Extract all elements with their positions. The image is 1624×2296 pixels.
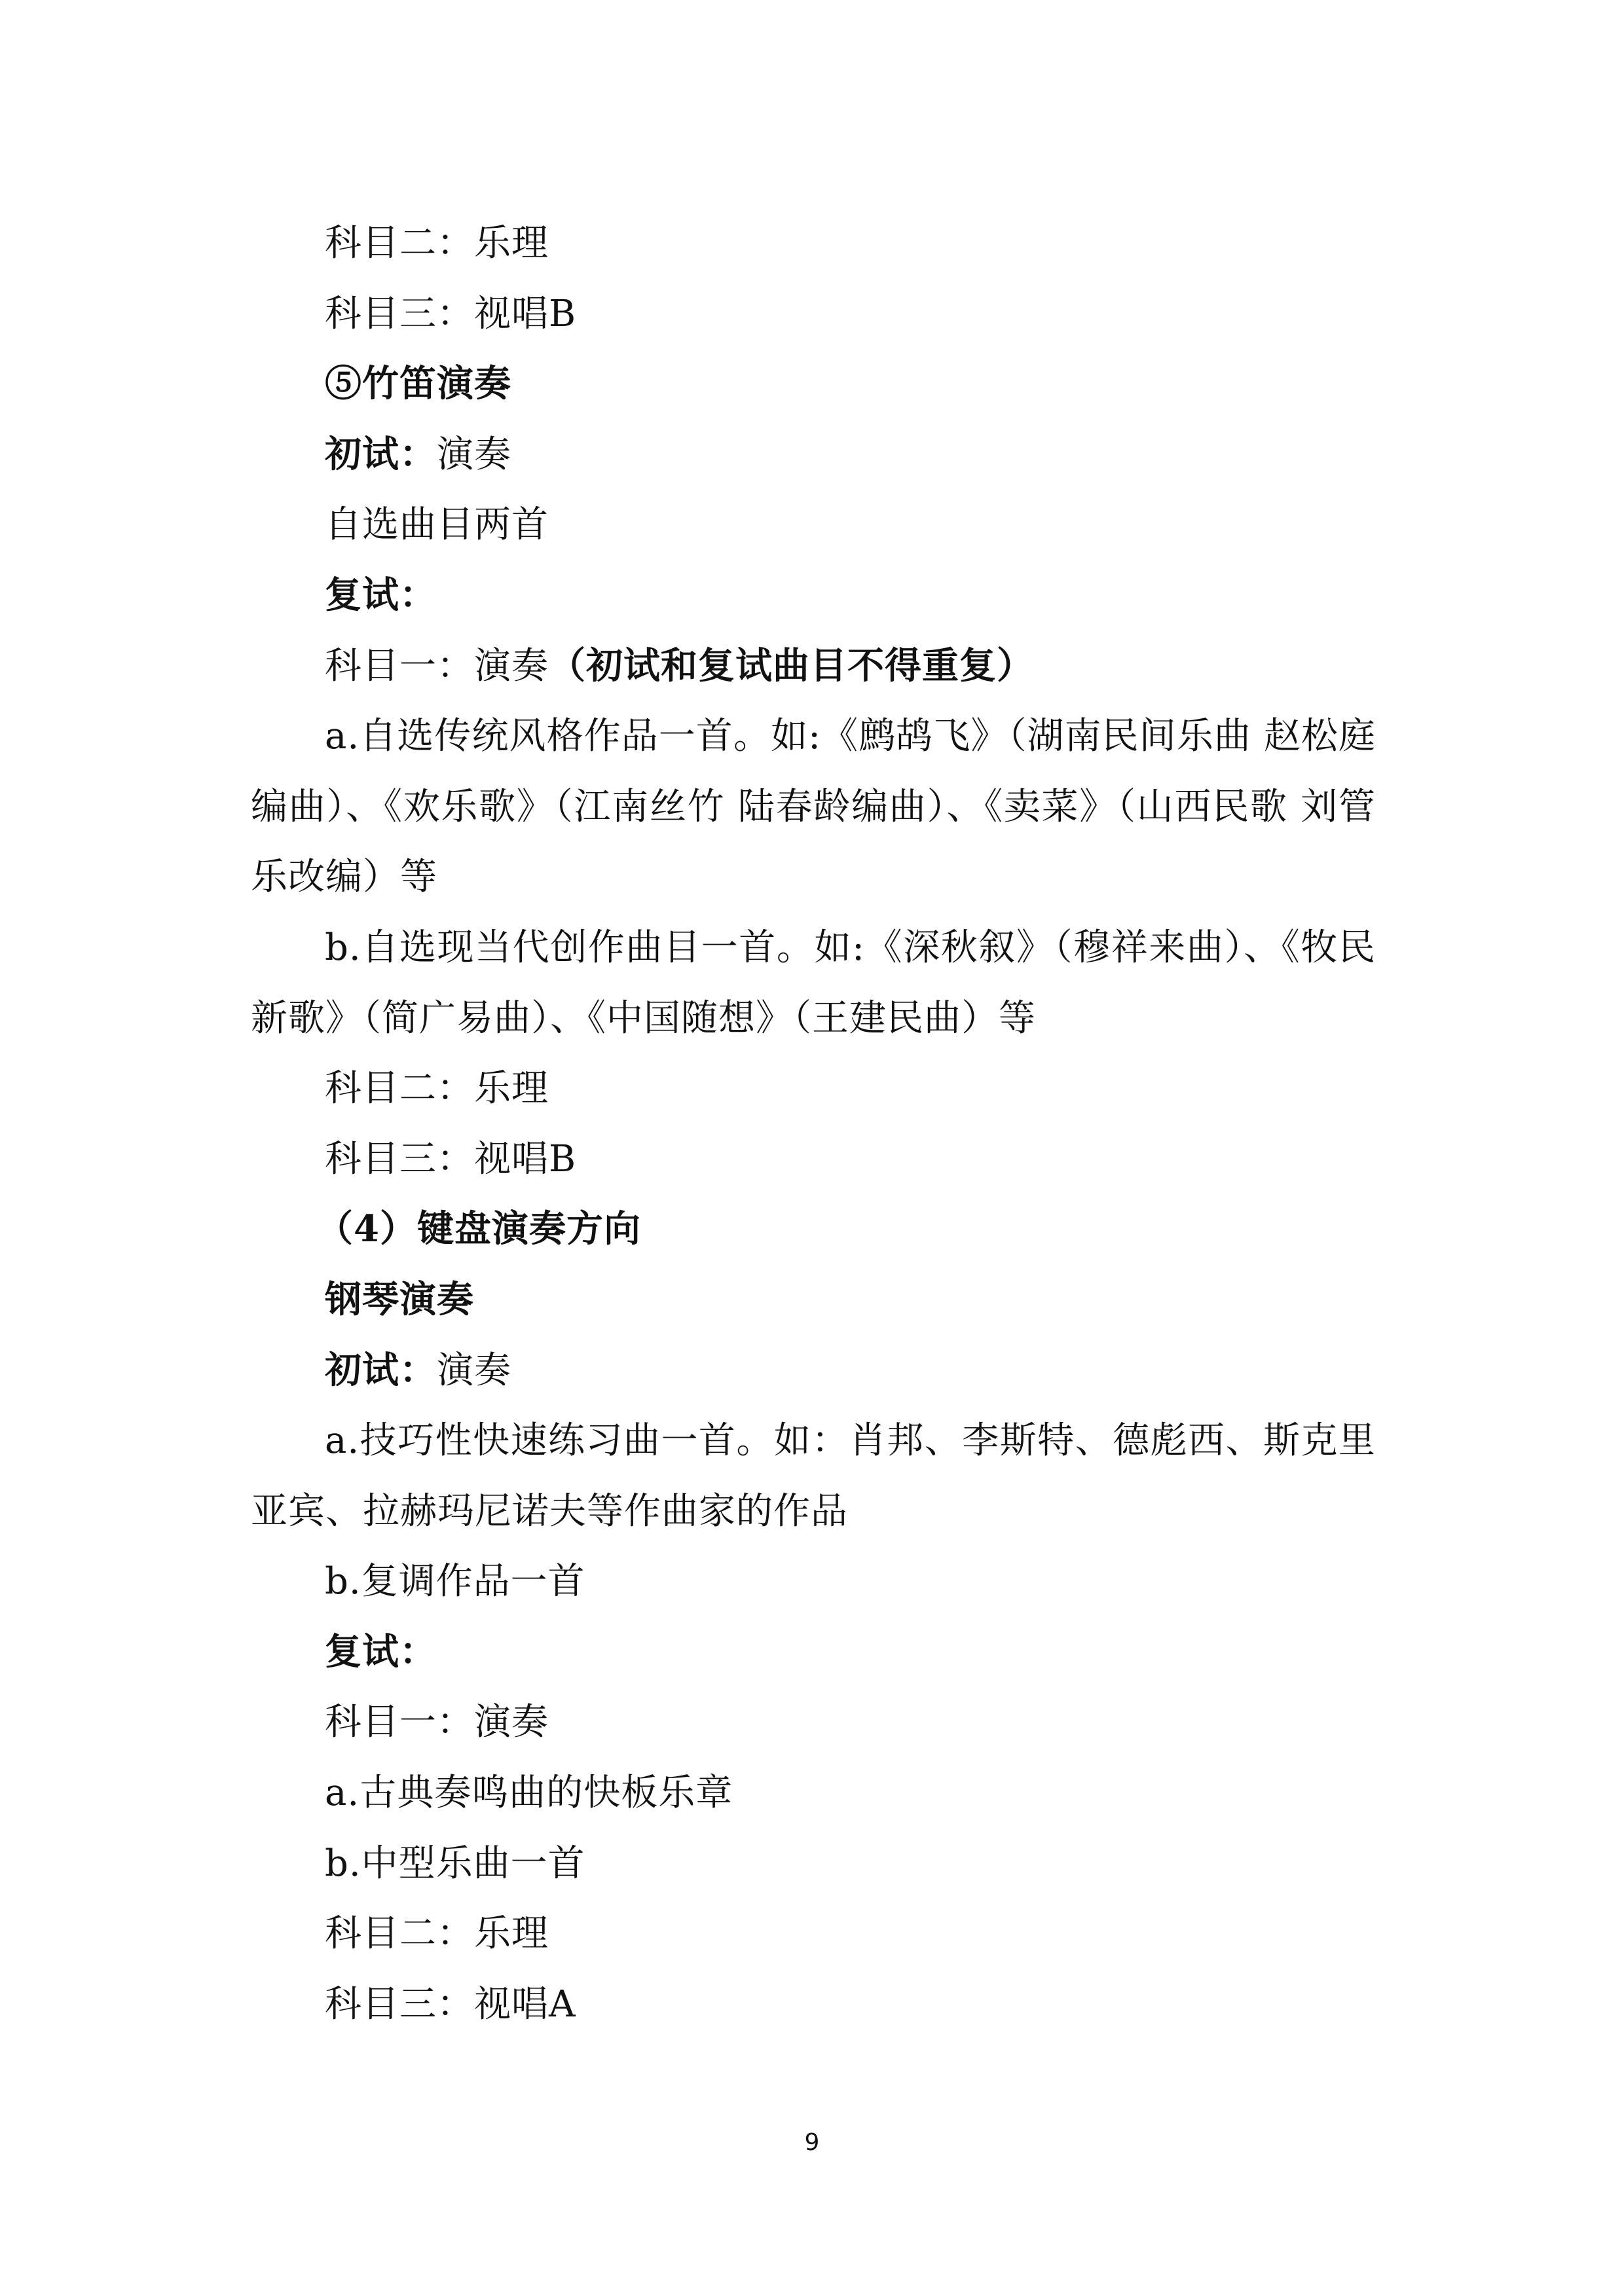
- polyphonic-requirement: b.复调作品一首: [251, 1546, 1376, 1617]
- section-heading-bamboo-flute: ⑤竹笛演奏: [251, 349, 1376, 420]
- page-number: 9: [0, 2129, 1624, 2156]
- piano-preliminary-exam-label: 初试：: [325, 1349, 437, 1392]
- subject-three-sight-singing-b-2: 科目三：视唱B: [251, 1124, 1376, 1195]
- contemporary-work-requirement: b.自选现当代创作曲目一首。如:《深秋叙》（穆祥来曲）、《牧民新歌》（简广易曲）…: [251, 913, 1376, 1053]
- subject-one-performance: 科目一：演奏: [325, 645, 549, 687]
- medium-piece-requirement: b.中型乐曲一首: [251, 1829, 1376, 1899]
- subject-two-music-theory-2: 科目二：乐理: [251, 1053, 1376, 1124]
- piano-subject-three-sight-singing-a: 科目三：视唱A: [251, 1969, 1376, 2040]
- preliminary-exam-value: 演奏: [437, 433, 511, 476]
- subject-two-music-theory: 科目二：乐理: [251, 208, 1376, 279]
- piano-retest-heading: 复试：: [251, 1617, 1376, 1688]
- document-body: 科目二：乐理 科目三：视唱B ⑤竹笛演奏 初试：演奏 自选曲目两首 复试： 科目…: [251, 208, 1376, 2039]
- etude-requirement: a.技巧性快速练习曲一首。如：肖邦、李斯特、德彪西、斯克里亚宾、拉赫玛尼诺夫等作…: [251, 1406, 1376, 1546]
- sonata-movement-requirement: a.古典奏鸣曲的快板乐章: [251, 1758, 1376, 1829]
- piano-subject-two-music-theory: 科目二：乐理: [251, 1899, 1376, 1969]
- two-self-selected-pieces: 自选曲目两首: [251, 490, 1376, 560]
- section-heading-keyboard: （4）键盘演奏方向: [251, 1194, 1376, 1265]
- retest-heading: 复试：: [251, 560, 1376, 631]
- piano-preliminary-exam-line: 初试：演奏: [251, 1336, 1376, 1406]
- traditional-style-requirement: a.自选传统风格作品一首。如:《鹧鸪飞》（湖南民间乐曲 赵松庭编曲）、《欢乐歌》…: [251, 701, 1376, 913]
- piano-subject-one-performance: 科目一：演奏: [251, 1687, 1376, 1758]
- preliminary-exam-line: 初试：演奏: [251, 420, 1376, 490]
- piano-preliminary-exam-value: 演奏: [437, 1349, 511, 1392]
- no-repeat-note: （初试和复试曲目不得重复）: [549, 644, 1034, 687]
- subject-three-sight-singing-b: 科目三：视唱B: [251, 279, 1376, 350]
- subject-one-performance-line: 科目一：演奏（初试和复试曲目不得重复）: [251, 631, 1376, 702]
- subsection-heading-piano: 钢琴演奏: [251, 1265, 1376, 1336]
- preliminary-exam-label: 初试：: [325, 433, 437, 476]
